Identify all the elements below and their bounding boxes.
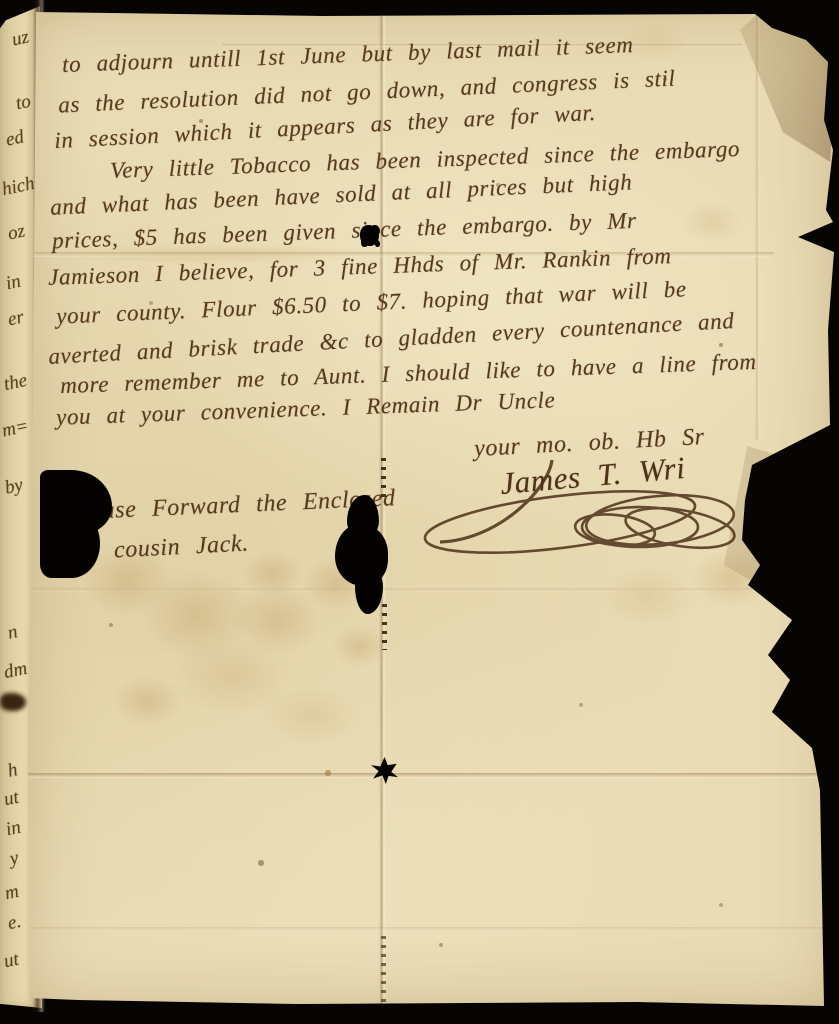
strip-fragment: in (4, 817, 23, 842)
water-stain (142, 571, 252, 661)
strip-fragment: uz (10, 26, 31, 51)
crease-tear-marks (382, 604, 387, 650)
postscript-line: cousin Jack. (113, 530, 249, 564)
strip-fragment: e. (6, 911, 23, 935)
paper-hole-center (355, 568, 383, 614)
water-stain (172, 636, 292, 716)
strip-fragment: ut (2, 949, 21, 974)
letter-page: to adjourn untill 1st June but by last m… (22, 6, 838, 1012)
strip-fragment: dm (2, 658, 29, 684)
strip-fragment: to (14, 91, 33, 116)
crease-tear-marks (381, 458, 386, 500)
water-stain (232, 586, 322, 656)
strip-fragment: ed (4, 126, 26, 151)
water-stain (112, 676, 182, 726)
strip-fragment: y (8, 847, 21, 870)
water-stain (242, 551, 302, 596)
strip-fragment: by (3, 474, 25, 499)
strip-fragment: hich (0, 173, 37, 201)
strip-fragment: in (4, 271, 23, 296)
water-stain (332, 626, 387, 666)
water-stain (262, 686, 362, 746)
strip-fragment: h (6, 759, 20, 782)
water-stain (682, 201, 742, 243)
strip-fragment: ut (2, 787, 21, 812)
strip-fragment: n (6, 621, 20, 644)
letter-scan: uz to ed hich oz in er the m= by n dm h … (0, 0, 839, 1024)
fold-crease-horizontal-5 (22, 927, 822, 931)
crease-tear-marks (381, 936, 386, 1006)
ink-smudge (0, 693, 26, 711)
paper-hole-left (84, 502, 110, 524)
strip-fragment: m (3, 881, 21, 905)
strip-fragment: m= (0, 415, 31, 442)
crumple-shading-top-right (740, 12, 835, 162)
paper-hole-small (371, 757, 398, 784)
fold-crease-horizontal-4 (22, 773, 822, 778)
strip-fragment: the (2, 370, 29, 396)
foxing-speckles (22, 6, 24, 8)
strip-fragment: oz (6, 220, 27, 245)
ink-blot (360, 225, 379, 246)
signature-flourish (402, 456, 747, 596)
strip-fragment: er (6, 307, 26, 332)
fold-crease-vertical-right (755, 10, 760, 440)
